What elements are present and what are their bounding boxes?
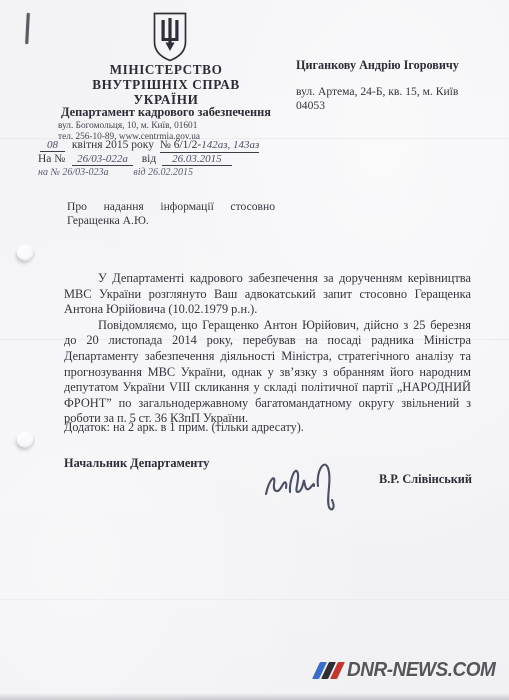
date-day-handwritten: 08 (40, 139, 65, 152)
reply-number-handwritten: 26/03-022а (72, 153, 133, 166)
recipient-address-line1: вул. Артема, 24-Б, кв. 15, м. Київ (296, 85, 458, 99)
department-name: Департамент кадрового забезпечення (34, 105, 298, 120)
date-printed: квітня 2015 року (72, 139, 154, 151)
reference-date-line: 08 квітня 2015 року № 6/1/2-142аз, 143аз (40, 139, 259, 151)
signer-position: Начальник Департаменту (64, 456, 209, 471)
outgoing-number: № 6/1/2-142аз, 143аз (160, 139, 259, 153)
signer-name: В.Р. Слівінський (379, 472, 472, 487)
reference-reply-line: На № 26/03-022а від 26.03.2015 (38, 153, 232, 165)
pen-mark (25, 13, 30, 44)
reference-extra-handwritten-line: на № 26/03-023а від 26.02.2015 (38, 166, 193, 178)
outgoing-number-prefix: № 6/1/2- (160, 139, 201, 151)
ministry-line1: МІНІСТЕРСТВО (34, 63, 298, 78)
watermark-text: DNR-NEWS.COM (347, 659, 495, 682)
extra-ref-date-handwritten: від 26.02.2015 (133, 167, 193, 178)
punch-hole (17, 245, 35, 261)
sender-address-line1: вул. Богомольця, 10, м. Київ, 01601 (58, 121, 200, 132)
reply-date-handwritten: 26.03.2015 (162, 153, 232, 166)
ministry-line2: ВНУТРІШНІХ СПРАВ (34, 78, 298, 93)
paper-crease (0, 599, 509, 602)
scan-edge-shadow (0, 693, 509, 700)
watermark-slashes-icon (316, 662, 343, 679)
extra-ref-number-handwritten: на № 26/03-023а (38, 167, 109, 178)
trident-emblem-icon (151, 11, 189, 69)
scanned-letter-page: МІНІСТЕРСТВО ВНУТРІШНІХ СПРАВ УКРАЇНИ Де… (0, 0, 509, 700)
recipient-address: вул. Артема, 24-Б, кв. 15, м. Київ 04053 (296, 85, 458, 113)
outgoing-number-handwritten: 142аз, 143аз (201, 139, 259, 151)
ministry-name: МІНІСТЕРСТВО ВНУТРІШНІХ СПРАВ УКРАЇНИ (34, 63, 298, 107)
punch-hole (17, 432, 35, 448)
recipient-name: Циганкову Андрію Ігоровичу (296, 58, 459, 73)
reply-label: На № (38, 153, 65, 165)
recipient-address-line2: 04053 (296, 99, 458, 113)
body-paragraph-2: Повідомляємо, що Геращенко Антон Юрійови… (64, 318, 471, 427)
letter-body: У Департаменті кадрового забезпечення за… (64, 271, 471, 427)
attachment-note: Додаток: на 2 арк. в 1 прим. (тільки адр… (64, 420, 304, 435)
signature-icon (252, 436, 352, 521)
watermark: DNR-NEWS.COM (316, 659, 503, 682)
body-paragraph-1: У Департаменті кадрового забезпечення за… (64, 271, 471, 318)
reply-date-label: від (142, 153, 156, 165)
subject-line: Про надання інформації стосовно Геращенк… (67, 200, 275, 227)
